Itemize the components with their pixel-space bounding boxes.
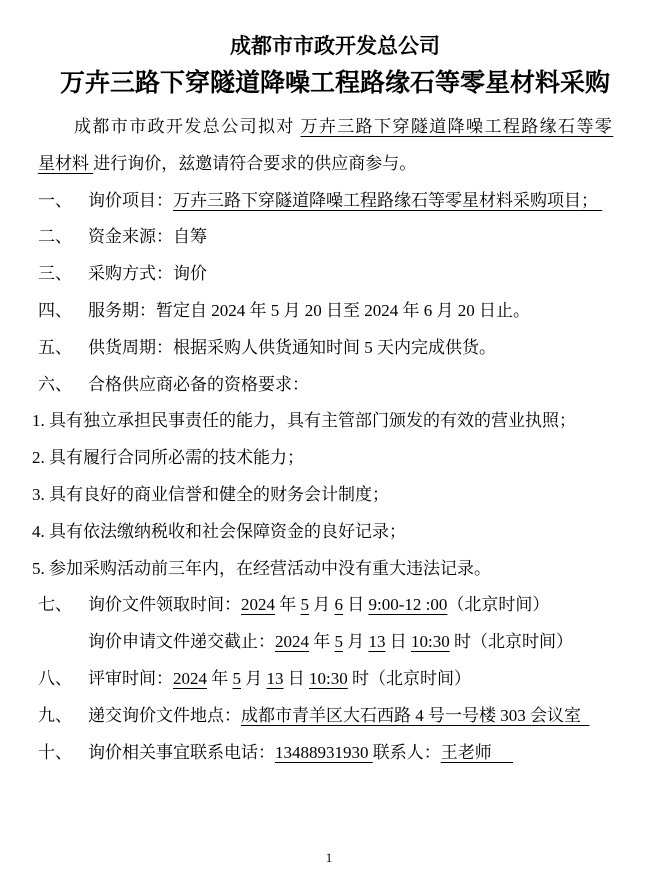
doc-line: 1. 具有独立承担民事责任的能力，具有主管部门颁发的有效的营业执照； [32, 403, 632, 440]
doc-line: 五、供货周期：根据采购人供货通知时间 5 天内完成供货。 [38, 330, 632, 367]
text-run: 询价申请文件递交截止： [88, 632, 275, 651]
text-run: 成都市市政开发总公司拟对 [74, 117, 300, 136]
underlined-text: 13 [267, 669, 284, 688]
doc-line: 八、评审时间：2024 年 5 月 13 日 10:30 时（北京时间） [38, 661, 632, 698]
text-run: 服务期：暂定自 2024 年 5 月 20 日至 2024 年 6 月 20 日… [88, 301, 530, 320]
underlined-text: 成都市青羊区大石西路 4 号一号楼 303 会议室 [241, 706, 590, 725]
text-run: 时（北京时间） [348, 669, 471, 688]
underlined-text: 5 [301, 595, 310, 614]
doc-line: 四、服务期：暂定自 2024 年 5 月 20 日至 2024 年 6 月 20… [38, 293, 632, 330]
doc-line: 4. 具有依法缴纳税收和社会保障资金的良好记录； [32, 514, 632, 551]
text-run: 3. 具有良好的商业信誉和健全的财务会计制度； [32, 485, 389, 504]
text-run: 日 [386, 632, 412, 651]
company-title: 成都市市政开发总公司 [38, 33, 632, 59]
text-run: （北京时间） [447, 595, 549, 614]
text-run: 年 [309, 632, 335, 651]
text-run: 递交询价文件地点： [88, 706, 241, 725]
underlined-text: 星材料 [38, 154, 93, 173]
text-run: 日 [284, 669, 310, 688]
item-label: 五、 [38, 330, 88, 367]
text-run: 年 [275, 595, 301, 614]
underlined-text: 10:30 [411, 632, 450, 651]
item-label: 十、 [38, 735, 88, 772]
text-run: 2. 具有履行合同所必需的技术能力； [32, 448, 304, 467]
document-content: 成都市市政开发总公司 万卉三路下穿隧道降噪工程路缘石等零星材料采购 成都市市政开… [38, 33, 632, 771]
text-run: 资金来源：自筹 [88, 227, 207, 246]
item-label: 一、 [38, 183, 88, 220]
text-run: 询价相关事宜联系电话： [88, 743, 275, 762]
item-label: 二、 [38, 219, 88, 256]
text-run: 4. 具有依法缴纳税收和社会保障资金的良好记录； [32, 522, 406, 541]
text-run: 合格供应商必备的资格要求： [88, 375, 309, 394]
text-run: 日 [343, 595, 369, 614]
text-run: 年 [207, 669, 233, 688]
item-label: 七、 [38, 587, 88, 624]
doc-line: 5. 参加采购活动前三年内，在经营活动中没有重大违法记录。 [32, 551, 632, 588]
item-label: 四、 [38, 293, 88, 330]
item-label: 八、 [38, 661, 88, 698]
text-run: 月 [241, 669, 267, 688]
item-label: 六、 [38, 367, 88, 404]
doc-line: 三、采购方式：询价 [38, 256, 632, 293]
text-run: 供货周期：根据采购人供货通知时间 5 天内完成供货。 [88, 338, 496, 357]
project-title: 万卉三路下穿隧道降噪工程路缘石等零星材料采购 [38, 67, 632, 101]
doc-line: 2. 具有履行合同所必需的技术能力； [32, 440, 632, 477]
underlined-text: 6 [335, 595, 344, 614]
doc-line: 六、合格供应商必备的资格要求： [38, 367, 632, 404]
document-page: 成都市市政开发总公司 万卉三路下穿隧道降噪工程路缘石等零星材料采购 成都市市政开… [0, 0, 658, 870]
underlined-text: 9:00-12 :00 [369, 595, 448, 614]
text-run: 询价项目： [88, 191, 173, 210]
doc-line: 十、询价相关事宜联系电话：13488931930 联系人：王老师 [38, 735, 632, 772]
underlined-text: 王老师 [441, 743, 513, 762]
text-run: 5. 参加采购活动前三年内，在经营活动中没有重大违法记录。 [32, 559, 491, 578]
underlined-text: 13488931930 [275, 743, 373, 762]
text-run: 联系人： [373, 743, 441, 762]
text-run: 进行询价，兹邀请符合要求的供应商参与。 [93, 154, 416, 173]
text-run: 时（北京时间） [450, 632, 573, 651]
doc-line: 询价申请文件递交截止：2024 年 5 月 13 日 10:30 时（北京时间） [38, 624, 632, 661]
text-run: 评审时间： [88, 669, 173, 688]
text-run: 询价文件领取时间： [88, 595, 241, 614]
underlined-text: 2024 [173, 669, 207, 688]
text-run: 月 [309, 595, 335, 614]
item-label: 九、 [38, 698, 88, 735]
doc-line: 七、询价文件领取时间：2024 年 5 月 6 日 9:00-12 :00（北京… [38, 587, 632, 624]
text-run: 月 [343, 632, 369, 651]
doc-line: 星材料 进行询价，兹邀请符合要求的供应商参与。 [38, 146, 632, 183]
underlined-text: 2024 [241, 595, 275, 614]
underlined-text: 13 [369, 632, 386, 651]
text-run: 采购方式：询价 [88, 264, 207, 283]
underlined-text: 5 [335, 632, 344, 651]
page-number: 1 [0, 851, 658, 865]
item-label: 三、 [38, 256, 88, 293]
doc-line: 成都市市政开发总公司拟对 万卉三路下穿隧道降噪工程路缘石等零 [38, 109, 632, 146]
document-lines: 成都市市政开发总公司拟对 万卉三路下穿隧道降噪工程路缘石等零星材料 进行询价，兹… [38, 109, 632, 771]
underlined-text: 2024 [275, 632, 309, 651]
doc-line: 二、资金来源：自筹 [38, 219, 632, 256]
underlined-text: 10:30 [309, 669, 348, 688]
doc-line: 九、递交询价文件地点：成都市青羊区大石西路 4 号一号楼 303 会议室 [38, 698, 632, 735]
underlined-text: 5 [233, 669, 242, 688]
underlined-text: 万卉三路下穿隧道降噪工程路缘石等零星材料采购项目； [173, 191, 602, 210]
text-run: 1. 具有独立承担民事责任的能力，具有主管部门颁发的有效的营业执照； [32, 411, 576, 430]
doc-line: 一、询价项目：万卉三路下穿隧道降噪工程路缘石等零星材料采购项目； [38, 183, 632, 220]
underlined-text: 万卉三路下穿隧道降噪工程路缘石等零 [300, 117, 613, 136]
doc-line: 3. 具有良好的商业信誉和健全的财务会计制度； [32, 477, 632, 514]
